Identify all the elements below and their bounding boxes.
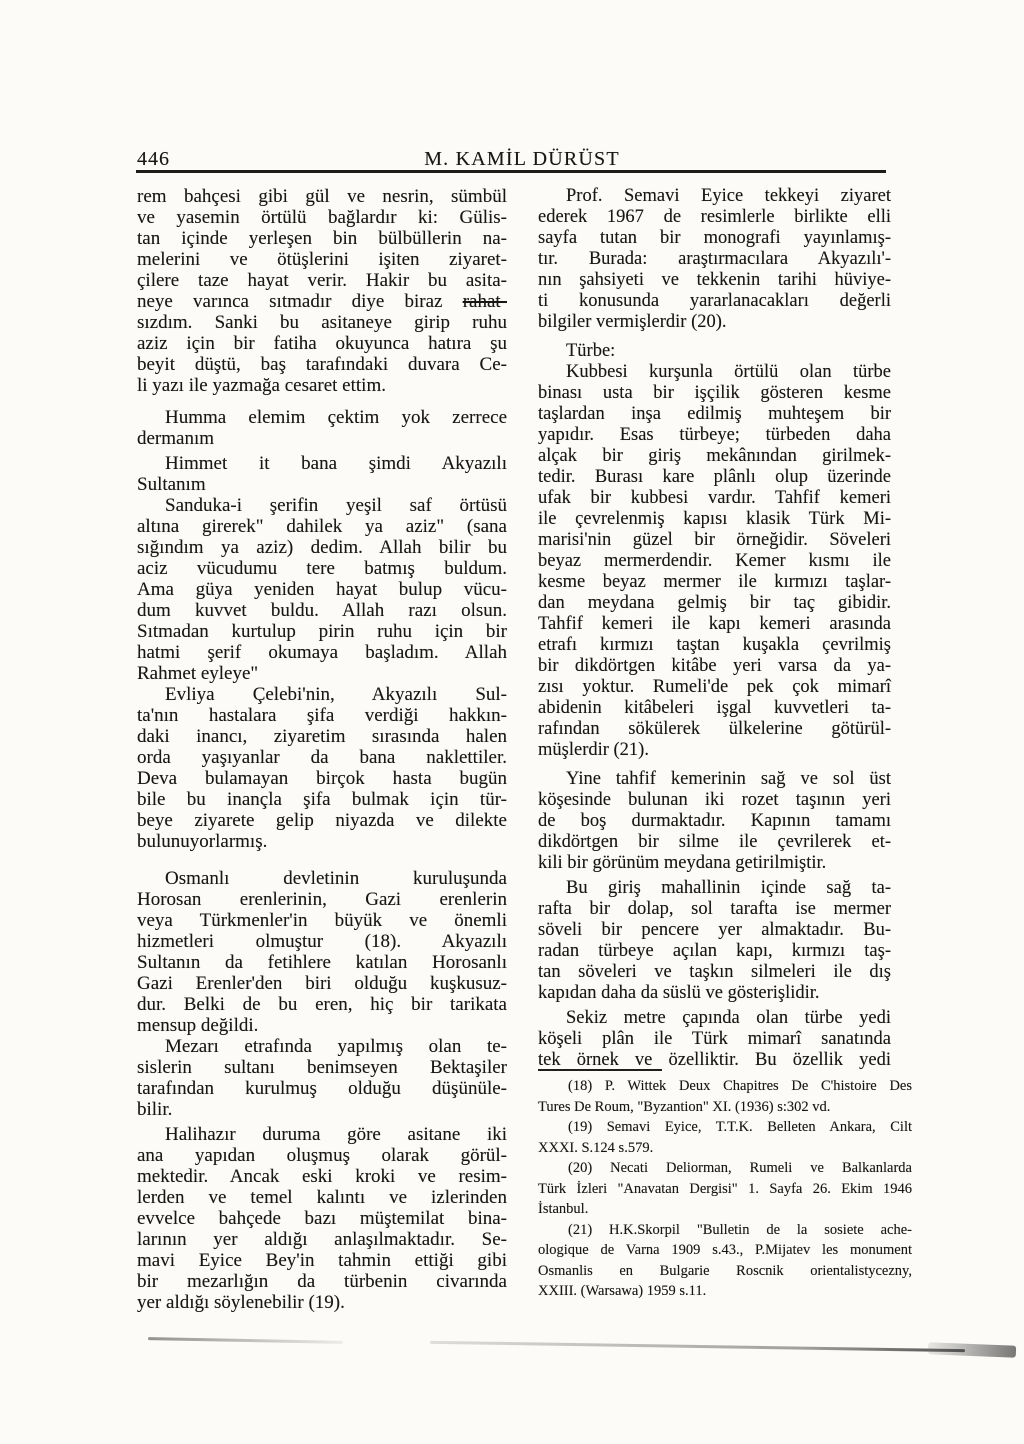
text-line: Ama güya yeniden hayat bulup vücu- [137, 579, 507, 600]
text-line: XXXI. S.124 s.579. [538, 1138, 912, 1159]
paragraph: Kubbesi kurşunla örtülü olan türbebinası… [538, 362, 891, 761]
text-line: Deva bulamayan birçok hasta bugün [137, 768, 507, 789]
text-line: evvelce bahçede bazı müştemilat bina- [137, 1208, 507, 1229]
scan-artifact-smudge [928, 1342, 1016, 1357]
text-line: tarafından kurulmuş olduğu düşünüle- [137, 1078, 507, 1099]
text-line: Himmet it bana şimdi Akyazılı [137, 453, 507, 474]
text-line: ologique de Varna 1909 s.43., P.Mijatev … [538, 1240, 912, 1261]
footnote-20: (20) Necati Deliorman, Rumeli ve Balkanl… [538, 1158, 912, 1220]
text-line: bir mezarlığın da türbenin civarında [137, 1271, 507, 1292]
text-line: bulunuyorlarmış. [137, 831, 507, 852]
text-line: ufak bir kubbesi vardır. Tahfif kemeri [538, 488, 891, 509]
text-line: daki inancı, ziyaretim sırasında halen [137, 726, 507, 747]
paragraph: Osmanlı devletinin kuruluşundaHorosan er… [137, 868, 507, 1036]
text-line: beyaz mermerdendir. Kemer kısmı ile [538, 551, 891, 572]
header-rule [136, 170, 886, 173]
text-line: Humma elemim çektim yok zerrece [137, 407, 507, 428]
text-line: Gazi Erenler'den biri olduğu kuşkusuz- [137, 973, 507, 994]
text-line: mektedir. Ancak eski kroki ve resim- [137, 1166, 507, 1187]
text-line: aziz için bir fatiha okuyunca hatıra şu [137, 333, 507, 354]
text-line: Rahmet eyleye" [137, 663, 507, 684]
left-column: rem bahçesi gibi gül ve nesrin, sümbülve… [137, 186, 507, 1313]
scan-artifact-line [148, 1337, 343, 1344]
text-line: (21) H.K.Skorpil "Bulletin de la sosiete… [538, 1220, 912, 1241]
text-line: veya Türkmenler'in büyük ve önemli [137, 910, 507, 931]
scan-artifact-line [430, 1341, 965, 1352]
text-line: mensup değildi. [137, 1015, 507, 1036]
text-line: (19) Semavi Eyice, T.T.K. Belleten Ankar… [538, 1117, 912, 1138]
subheading: Türbe: [538, 341, 891, 362]
text-line: Türbe: [538, 341, 891, 362]
text-line: söveli bir pencere yer almaktadır. Bu- [538, 920, 891, 941]
text-line: aciz vücudumu tere batmış buldum. [137, 558, 507, 579]
text-line: rafta bir dolap, sol tarafta ise mermer [538, 899, 891, 920]
text-line: Osmanlı devletinin kuruluşunda [137, 868, 507, 889]
text-line: Osmanlis en Bulgarie Roscnik orientalist… [538, 1261, 912, 1282]
text-line: binası usta bir işçilik gösteren kesme [538, 383, 891, 404]
text-line: sığındım ya aziz) dedim. Allah bilir bu [137, 537, 507, 558]
text-line: köşeli plân ile Türk mimarî sanatında [538, 1029, 891, 1050]
text-line: kesme beyaz mermer ile kırmızı taşlar- [538, 572, 891, 593]
text-line: Sanduka-i şerifin yeşil saf örtüsü [137, 495, 507, 516]
text-line: bir dikdörtgen kitâbe yeri varsa da ya- [538, 656, 891, 677]
footnote-19: (19) Semavi Eyice, T.T.K. Belleten Ankar… [538, 1117, 912, 1158]
text-line: etrafı kırmızı taştan kuşakla çevrilmiş [538, 635, 891, 656]
paragraph: Sekiz metre çapında olan türbe yediköşel… [538, 1008, 891, 1071]
text-line: bilgiler vermişlerdir (20). [538, 312, 891, 333]
text-line: yapıdır. Esas türbeye; türbeden daha [538, 425, 891, 446]
text-line: orda yaşıyanlar da bana naklettiler. [137, 747, 507, 768]
text-line: ta'nın hastalara şifa verdiği hakkın- [137, 705, 507, 726]
text-line: rafından sökülerek ülkelerine götürül- [538, 719, 891, 740]
verse-couplet: Humma elemim çektim yok zerrecedermanım [137, 407, 507, 449]
running-title: M. KAMİL DÜRÜST [137, 148, 907, 171]
text-line: kapıdan daha da süslü ve gösterişlidir. [538, 983, 891, 1004]
paragraph: Mezarı etrafında yapılmış olan te-sisler… [137, 1036, 507, 1120]
text-line: tek örnek ve özelliktir. Bu özellik yedi [538, 1050, 891, 1071]
text-line: larının yer aldığı anlaşılmaktadır. Se- [137, 1229, 507, 1250]
text-line: melerini ve ötüşlerini işiten ziyaret- [137, 249, 507, 270]
text-line: ana yapıdan oluşmuş olarak görül- [137, 1145, 507, 1166]
paragraph: Prof. Semavi Eyice tekkeyi ziyaretederek… [538, 186, 891, 333]
text-line: tır. Burada: araştırmacılara Akyazılı'- [538, 249, 891, 270]
text-line: Sultanım [137, 474, 507, 495]
text-line: taşlardan inşa edilmiş muhteşem bir [538, 404, 891, 425]
struck-text: rahat- [463, 291, 507, 312]
text-line: Bu giriş mahallinin içinde sağ ta- [538, 878, 891, 899]
text-line: li yazı ile yazmağa cesaret ettim. [137, 375, 507, 396]
text-line: radan türbeye açılan kapı, kırmızı taş- [538, 941, 891, 962]
text-line: ile çevrelenmiş kapısı klasik Türk Mi- [538, 509, 891, 530]
text-line: Mezarı etrafında yapılmış olan te- [137, 1036, 507, 1057]
text-line: bile bu inançla şifa bulmak için tür- [137, 789, 507, 810]
text-line: Prof. Semavi Eyice tekkeyi ziyaret [538, 186, 891, 207]
paragraph: Halihazır duruma göre asitane ikiana yap… [137, 1124, 507, 1313]
right-column: Prof. Semavi Eyice tekkeyi ziyaretederek… [538, 186, 891, 1071]
text-line: Horosan erenlerinin, Gazi erenlerin [137, 889, 507, 910]
text-line: Sekiz metre çapında olan türbe yedi [538, 1008, 891, 1029]
text-line: ederek 1967 de resimlerle birlikte elli [538, 207, 891, 228]
text-line: rem bahçesi gibi gül ve nesrin, sümbül [137, 186, 507, 207]
text-line: neye varınca sıtmadır diye biraz rahat- [137, 291, 507, 312]
text-line: zısı yoktur. Rumeli'de pek çok mimarî [538, 677, 891, 698]
text-line: Yine tahfif kemerinin sağ ve sol üst [538, 769, 891, 790]
text-line: İstanbul. [538, 1199, 912, 1220]
text-line: XXIII. (Warsawa) 1959 s.11. [538, 1281, 912, 1302]
paragraph: Evliya Çelebi'nin, Akyazılı Sul-ta'nın h… [137, 684, 507, 852]
text-line: köşesinde bulunan iki rozet taşının yeri [538, 790, 891, 811]
text-line: çilere taze hayat verir. Hakir bu asita- [137, 270, 507, 291]
paragraph: Bu giriş mahallinin içinde sağ ta-rafta … [538, 878, 891, 1004]
text-line: de boş durmaktadır. Kapının tamamı [538, 811, 891, 832]
text-line: dermanım [137, 428, 507, 449]
paragraph: Sanduka-i şerifin yeşil saf örtüsüaltına… [137, 495, 507, 684]
footnote-18: (18) P. Wittek Deux Chapitres De C'histo… [538, 1076, 912, 1117]
page: 446 M. KAMİL DÜRÜST rem bahçesi gibi gül… [0, 0, 1024, 1444]
text-line: tan söveleri ve taşkın silmeleri ile dış [538, 962, 891, 983]
text-line: abidenin kitâbeleri işgal kuvvetleri ta- [538, 698, 891, 719]
text-line: dum kuvvet buldu. Allah razı olsun. [137, 600, 507, 621]
text-line: (18) P. Wittek Deux Chapitres De C'histo… [538, 1076, 912, 1097]
text-line: sayfa tutan bir monografi yayınlamış- [538, 228, 891, 249]
text-line: nın şahsiyeti ve tekkenin tarihi hüviye- [538, 270, 891, 291]
text-line: kili bir görünüm meydana getirilmiştir. [538, 853, 891, 874]
text-line: altına girerek" dahilek ya aziz" (sana [137, 516, 507, 537]
text-line: mavi Eyice Bey'in tahmin ettiği gibi [137, 1250, 507, 1271]
text-line: Sıtmadan kurtulup pirin ruhu için bir [137, 621, 507, 642]
text-line: tan içinde yerleşen bin bülbüllerin na- [137, 228, 507, 249]
text-line: alçak bir giriş mekânından girilmek- [538, 446, 891, 467]
text-line: ti konusunda yararlanacakları değerli [538, 291, 891, 312]
verse-couplet: Himmet it bana şimdi AkyazılıSultanım [137, 453, 507, 495]
text-line: Sultanın da fetihlere katılan Horosanlı [137, 952, 507, 973]
text-line: sislerin sultanı benimseyen Bektaşiler [137, 1057, 507, 1078]
text-line: marisi'nin güzel bir örneğidir. Söveleri [538, 530, 891, 551]
paragraph: Yine tahfif kemerinin sağ ve sol üstköşe… [538, 769, 891, 874]
text-line: Halihazır duruma göre asitane iki [137, 1124, 507, 1145]
footnote-21: (21) H.K.Skorpil "Bulletin de la sosiete… [538, 1220, 912, 1302]
text-line: Tures De Roum, "Byzantion" XI. (1936) s:… [538, 1097, 912, 1118]
text-line: dikdörtgen bir silme ile çevrilerek et- [538, 832, 891, 853]
text-line: sızdım. Sanki bu asitaneye girip ruhu [137, 312, 507, 333]
text-line: Tahfif kemeri ile kapı kemeri arasında [538, 614, 891, 635]
text-line: müşlerdir (21). [538, 740, 891, 761]
text-line: hizmetleri olmuştur (18). Akyazılı [137, 931, 507, 952]
text-line: Kubbesi kurşunla örtülü olan türbe [538, 362, 891, 383]
footnote-rule [538, 1069, 662, 1071]
text-line: hatmi şerif okumaya başladım. Allah [137, 642, 507, 663]
text-line: lerden ve temel kalıntı ve izlerinden [137, 1187, 507, 1208]
text-line: yer aldığı söylenebilir (19). [137, 1292, 507, 1313]
text-line: dan meydana gelmiş bir taç gibidir. [538, 593, 891, 614]
footnotes: (18) P. Wittek Deux Chapitres De C'histo… [538, 1076, 912, 1302]
text-line: Türk İzleri "Anavatan Dergisi" 1. Sayfa … [538, 1179, 912, 1200]
text-line: Evliya Çelebi'nin, Akyazılı Sul- [137, 684, 507, 705]
text-line: tedir. Burası kare plânlı olup üzerinde [538, 467, 891, 488]
text-line: beye ziyarete gelip niyazda ve dilekte [137, 810, 507, 831]
text-line: (20) Necati Deliorman, Rumeli ve Balkanl… [538, 1158, 912, 1179]
text-line: bilir. [137, 1099, 507, 1120]
text-line: ve yasemin örtülü bağlardır ki: Gülis- [137, 207, 507, 228]
text-line: beyit düştü, baş tarafındaki duvara Ce- [137, 354, 507, 375]
text-line: dur. Belki de bu eren, hiç bir tarikata [137, 994, 507, 1015]
paragraph-continuation: rem bahçesi gibi gül ve nesrin, sümbülve… [137, 186, 507, 396]
